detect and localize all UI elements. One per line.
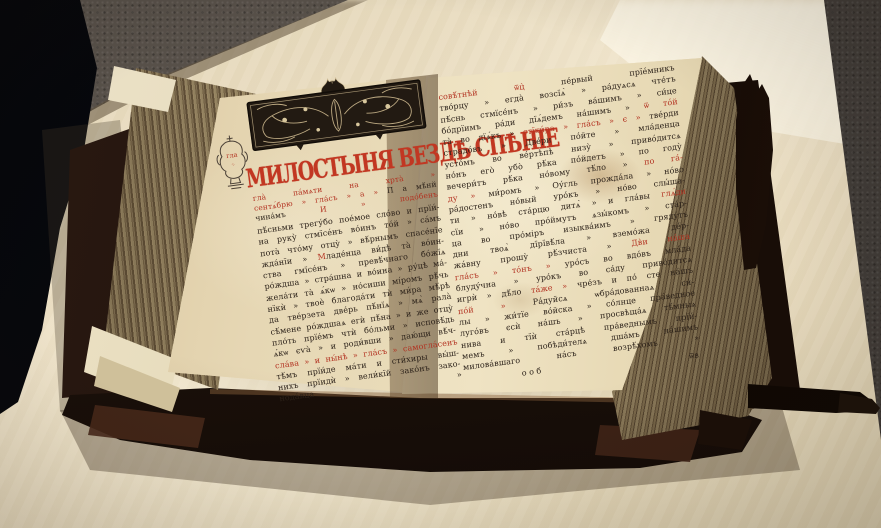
chapter-label-dots: ⁘ <box>231 162 236 169</box>
left-page-lines: пѣ́сньми трегу́бо пое́мое сло́во и прїи́… <box>256 201 462 404</box>
quire-signature: ѿв <box>689 351 699 361</box>
right-page-content: совѣ́тнѣй ѿц̀ пе́рвый прїе́мникътво́рцу … <box>438 62 701 389</box>
catchword: о о б <box>521 367 542 382</box>
right-page-lines: совѣ́тнѣй ѿц̀ пе́рвый прїе́мникътво́рцу … <box>438 62 700 373</box>
chapter-label: гла <box>226 151 238 160</box>
photo-scene: гла ⁘ <box>0 0 881 528</box>
